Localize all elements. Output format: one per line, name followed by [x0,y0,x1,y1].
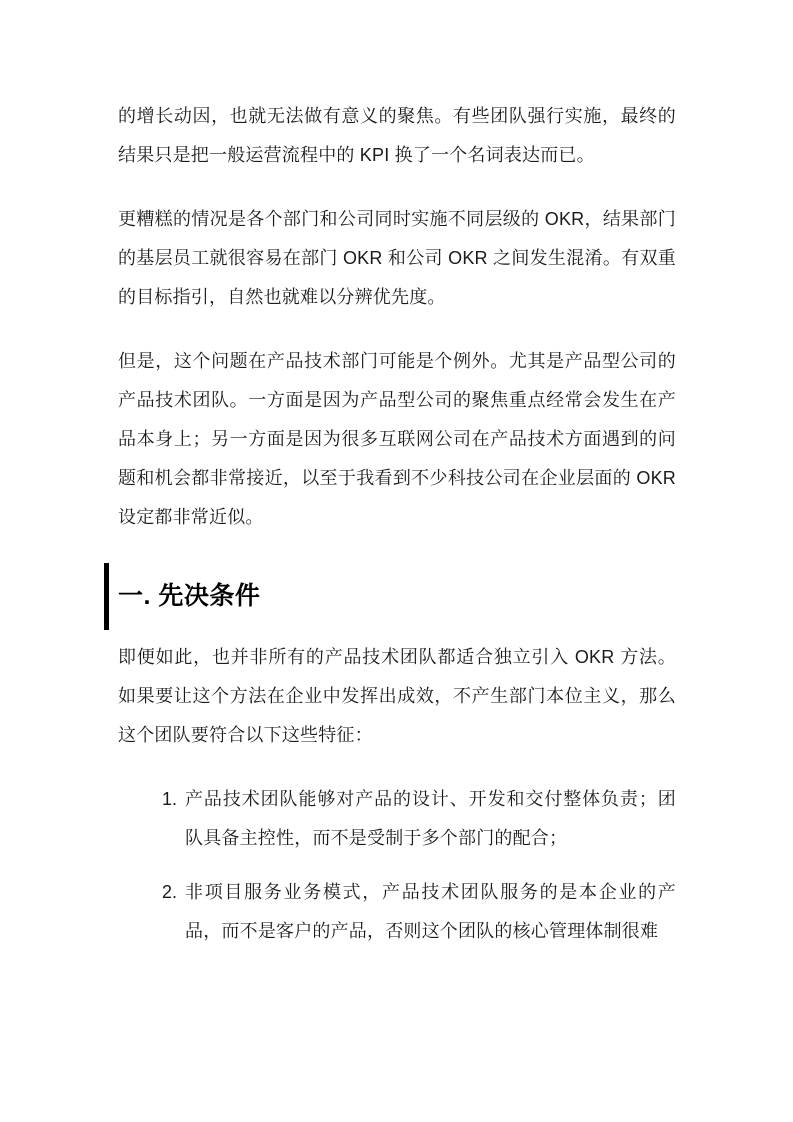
list-item-number: 2. [162,873,185,951]
list-item-text: 非项目服务业务模式，产品技术团队服务的是本企业的产品，而不是客户的产品，否则这个… [185,873,676,951]
list-item-text: 产品技术团队能够对产品的设计、开发和交付整体负责；团队具备主控性，而不是受制于多… [185,780,676,858]
list-item: 1. 产品技术团队能够对产品的设计、开发和交付整体负责；团队具备主控性，而不是受… [118,780,676,858]
list-item-number: 1. [162,780,185,858]
section-heading: 一. 先决条件 [104,563,676,630]
section-heading-text: 一. 先决条件 [109,563,260,630]
paragraph-preconditions-intro: 即便如此，也并非所有的产品技术团队都适合独立引入 OKR 方法。如果要让这个方法… [118,638,676,755]
preconditions-list: 1. 产品技术团队能够对产品的设计、开发和交付整体负责；团队具备主控性，而不是受… [118,780,676,951]
document-page: 的增长动因，也就无法做有意义的聚焦。有些团队强行实施，最终的结果只是把一般运营流… [0,0,793,1122]
list-item: 2. 非项目服务业务模式，产品技术团队服务的是本企业的产品，而不是客户的产品，否… [118,873,676,951]
document-content: 的增长动因，也就无法做有意义的聚焦。有些团队强行实施，最终的结果只是把一般运营流… [0,0,793,951]
paragraph-okr-confusion: 更糟糕的情况是各个部门和公司同时实施不同层级的 OKR，结果部门的基层员工就很容… [118,200,676,317]
paragraph-product-tech-exception: 但是，这个问题在产品技术部门可能是个例外。尤其是产品型公司的产品技术团队。一方面… [118,342,676,537]
paragraph-kpi-rename: 的增长动因，也就无法做有意义的聚焦。有些团队强行实施，最终的结果只是把一般运营流… [118,97,676,175]
